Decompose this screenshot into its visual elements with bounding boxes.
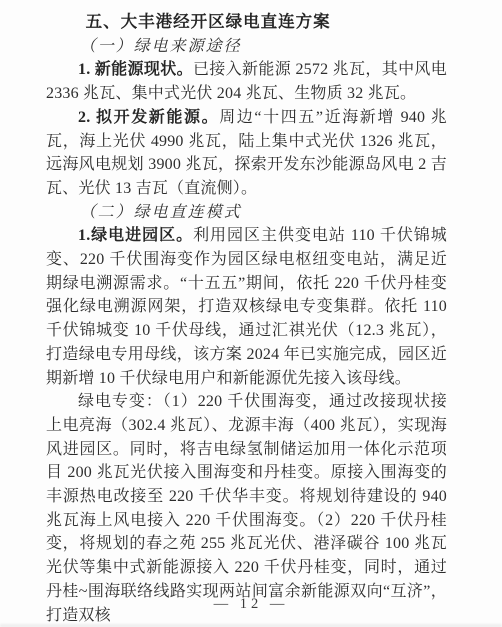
- document-content: 五、大丰港经开区绿电直连方案 （一）绿电来源途径 1. 新能源现状。已接入新能源…: [46, 11, 447, 627]
- paragraph-green-power-into-park: 1.绿电进园区。利用园区主供变电站 110 千伏锦城变、220 千伏围海变作为园…: [46, 224, 447, 390]
- paragraph-text-green-power-transformers: 绿电专变：（1）220 千伏围海变，通过改接现状接上电亮海（302.4 兆瓦）、…: [46, 393, 447, 623]
- paragraph-new-energy-status: 1. 新能源现状。已接入新能源 2572 兆瓦，其中风电 2336 兆瓦、集中式…: [46, 58, 447, 105]
- paragraph-planned-new-energy: 2. 拟开发新能源。周边“十四五”近海新增 940 兆瓦，海上光伏 4990 兆…: [46, 106, 447, 201]
- document-page: 五、大丰港经开区绿电直连方案 （一）绿电来源途径 1. 新能源现状。已接入新能源…: [0, 0, 502, 627]
- paragraph-lead-planned-new-energy: 2. 拟开发新能源。: [78, 109, 219, 126]
- paragraph-lead-green-power-into-park: 1.绿电进园区。: [78, 227, 193, 244]
- page-footer: — 12 —: [0, 596, 502, 613]
- paragraph-green-power-transformers: 绿电专变：（1）220 千伏围海变，通过改接现状接上电亮海（302.4 兆瓦）、…: [46, 390, 447, 627]
- subsection-title-direct-connection-mode: （二）绿电直连模式: [46, 201, 447, 225]
- scan-artifact-edge: [0, 623, 502, 627]
- paragraph-lead-new-energy-status: 1. 新能源现状。: [78, 61, 193, 78]
- page-number: — 12 —: [214, 596, 289, 612]
- chapter-heading: 五、大丰港经开区绿电直连方案: [46, 11, 447, 35]
- paragraph-text-green-power-into-park: 利用园区主供变电站 110 千伏锦城变、220 千伏围海变作为园区绿电枢纽变电站…: [46, 227, 447, 386]
- subsection-title-green-power-sources: （一）绿电来源途径: [46, 35, 447, 59]
